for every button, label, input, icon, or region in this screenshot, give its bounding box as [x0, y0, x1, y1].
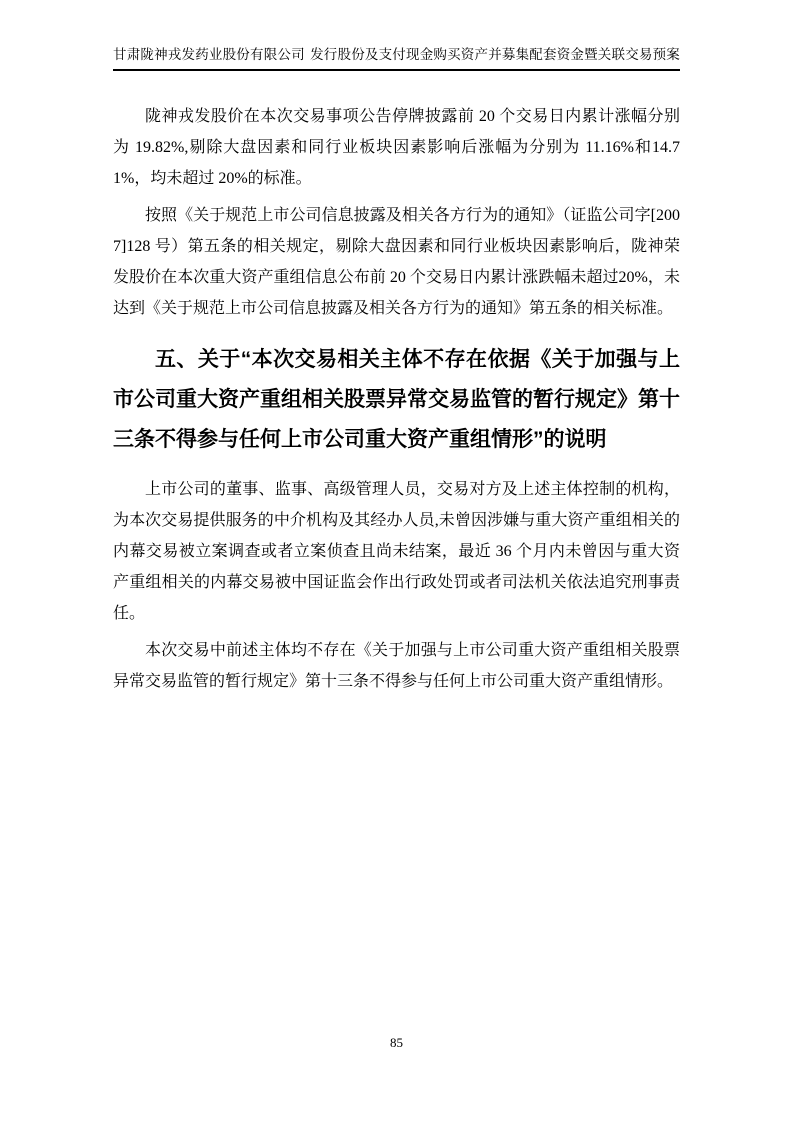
page-footer: 85: [0, 1034, 793, 1052]
header-doc-title: 发行股份及支付现金购买资产并募集配套资金暨关联交易预案: [310, 46, 680, 64]
page-header: 甘肃陇神戎发药业股份有限公司 发行股份及支付现金购买资产并募集配套资金暨关联交易…: [113, 46, 680, 71]
paragraph-price-increase: 陇神戎发股价在本次交易事项公告停牌披露前 20 个交易日内累计涨幅分别为 19.…: [113, 101, 680, 194]
document-page: 甘肃陇神戎发药业股份有限公司 发行股份及支付现金购买资产并募集配套资金暨关联交易…: [0, 0, 793, 1122]
page-number: 85: [390, 1035, 403, 1050]
document-body: 陇神戎发股价在本次交易事项公告停牌披露前 20 个交易日内累计涨幅分别为 19.…: [113, 101, 680, 697]
paragraph-article-thirteen-conclusion: 本次交易中前述主体均不存在《关于加强与上市公司重大资产重组相关股票异常交易监管的…: [113, 635, 680, 697]
header-company-name: 甘肃陇神戎发药业股份有限公司: [113, 46, 305, 64]
paragraph-insider-trading-statement: 上市公司的董事、监事、高级管理人员，交易对方及上述主体控制的机构，为本次交易提供…: [113, 474, 680, 629]
paragraph-regulation-compliance: 按照《关于规范上市公司信息披露及相关各方行为的通知》（证监公司字[2007]12…: [113, 200, 680, 324]
section-heading-five: 五、关于“本次交易相关主体不存在依据《关于加强与上市公司重大资产重组相关股票异常…: [113, 340, 680, 460]
